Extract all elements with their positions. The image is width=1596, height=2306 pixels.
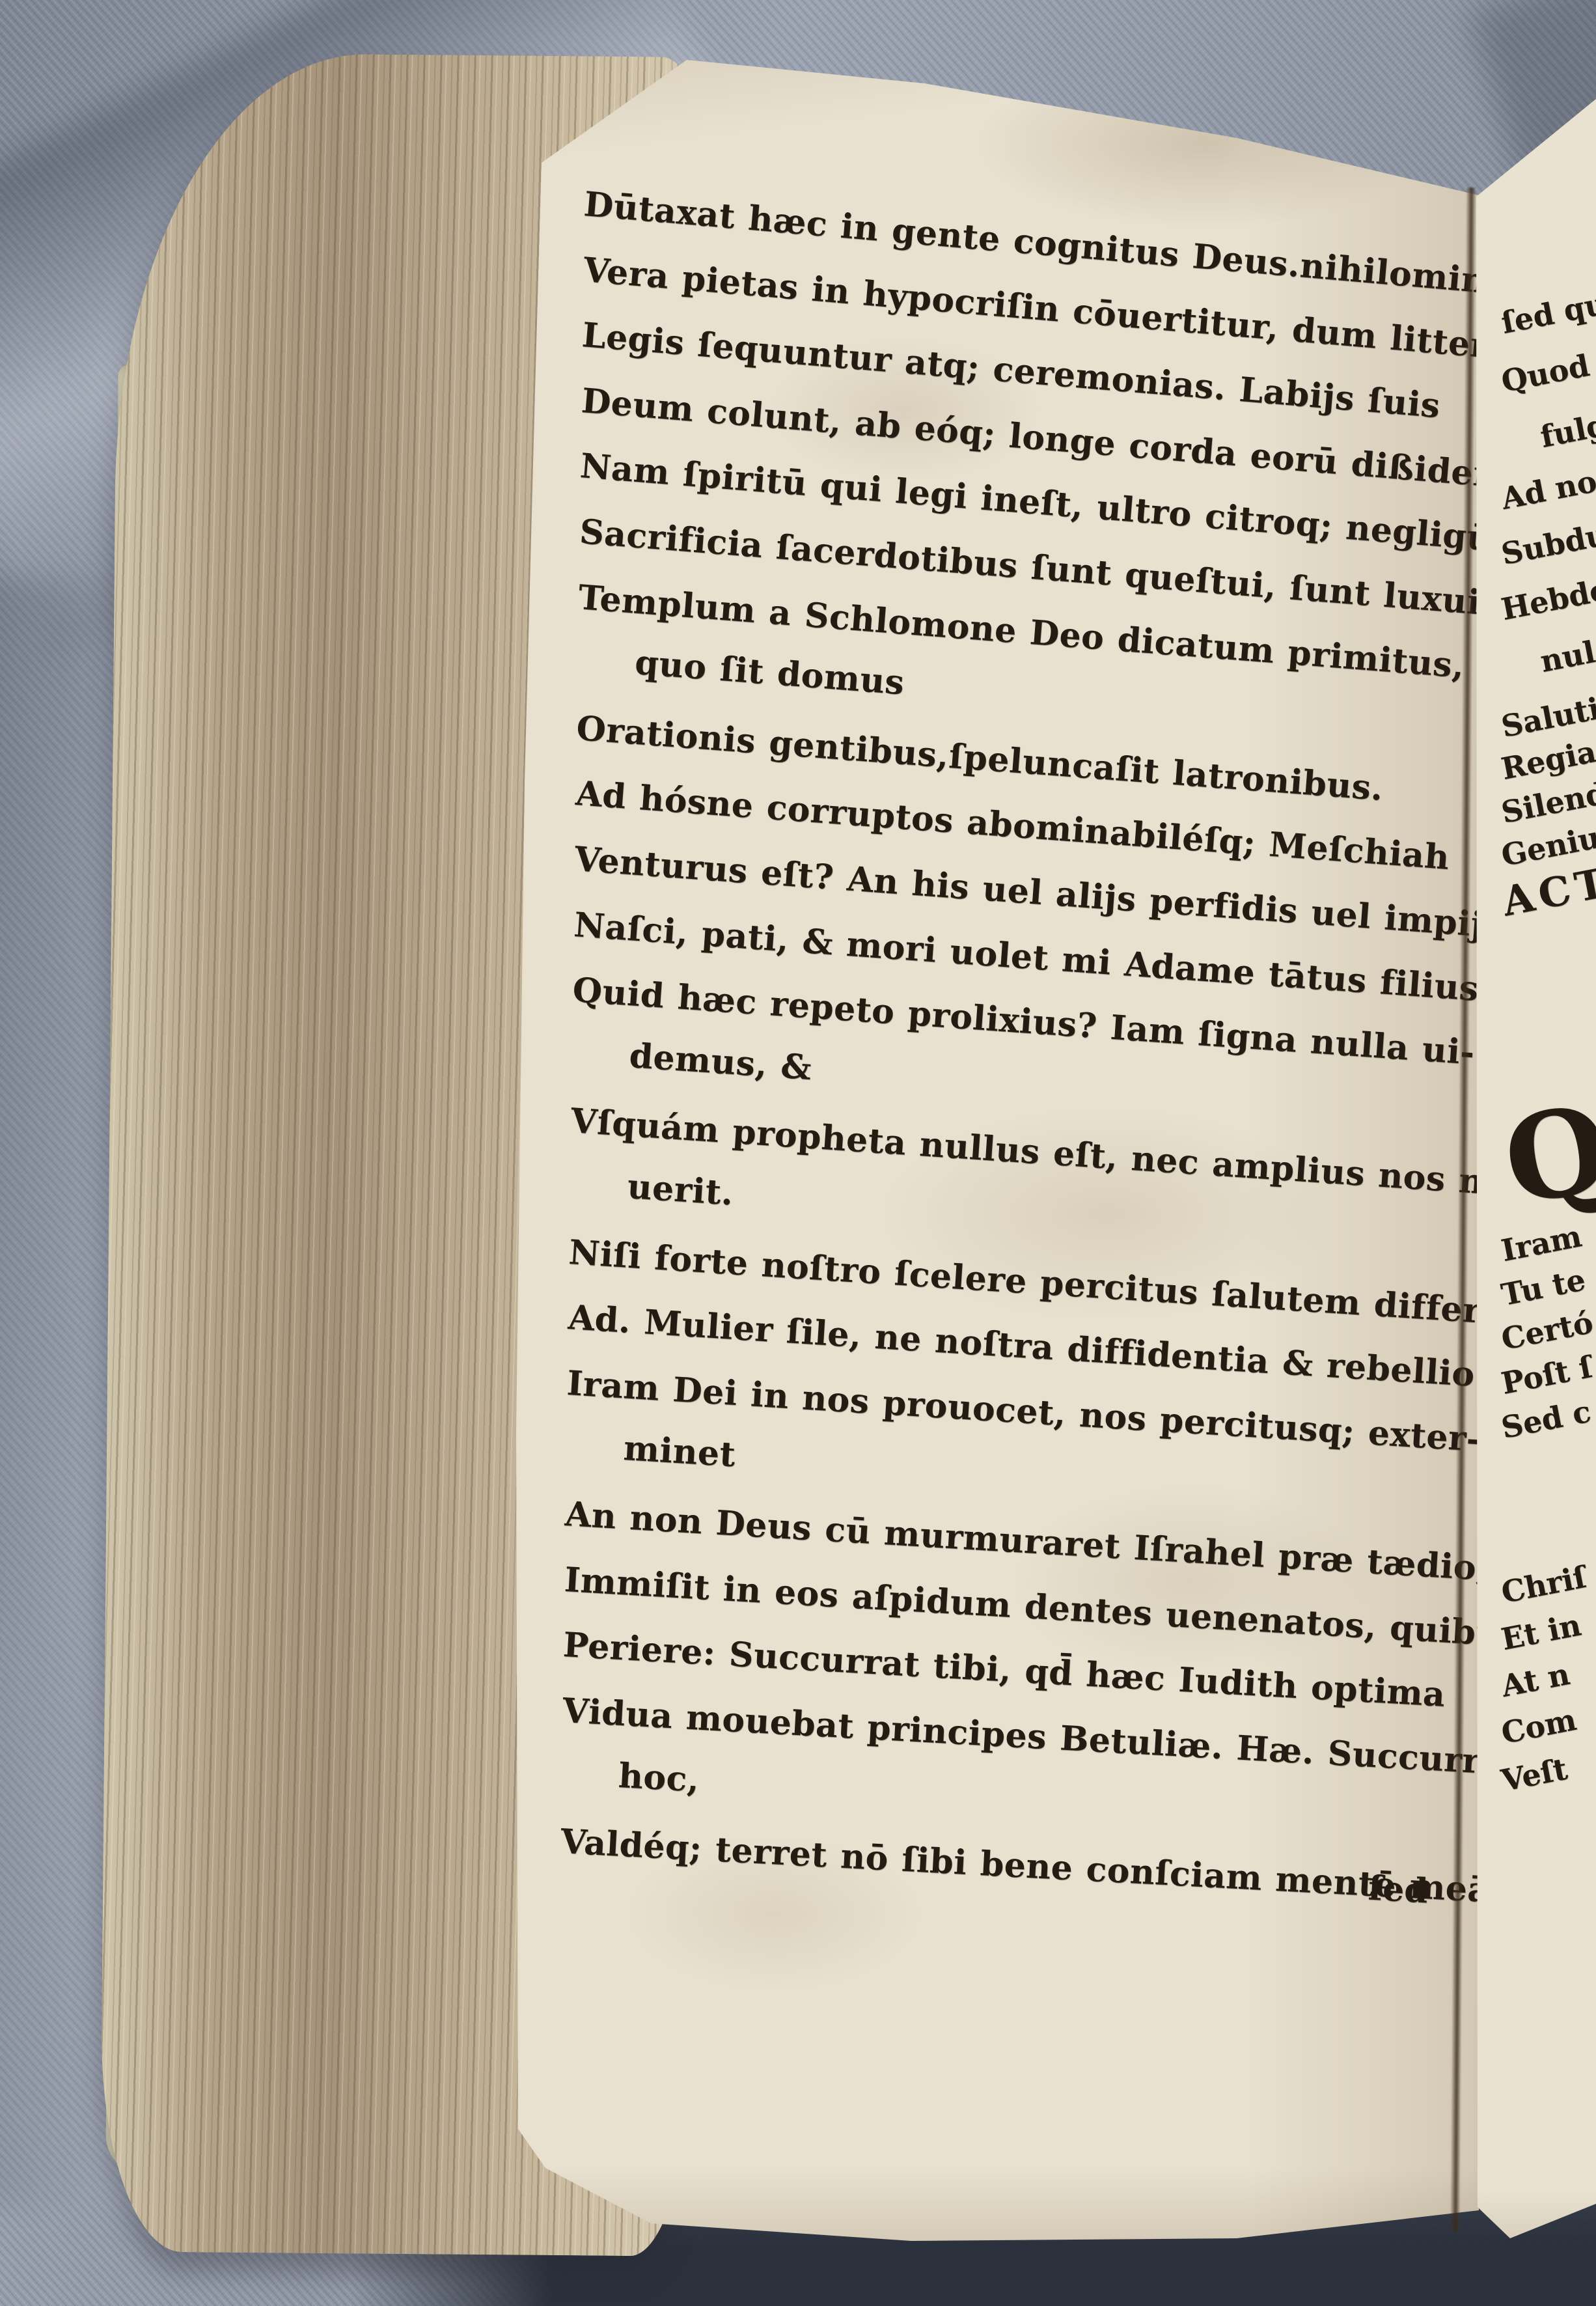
text-line: uerit. <box>626 1167 734 1214</box>
catchword: ſed <box>1367 1868 1429 1911</box>
text-line: hoc, <box>618 1756 700 1800</box>
photo-canvas: Dūtaxat hæc in gente cognitus Deus.nihil… <box>0 0 1596 2306</box>
text-line: minet <box>622 1428 737 1475</box>
drop-cap: Q <box>1498 1098 1596 1211</box>
